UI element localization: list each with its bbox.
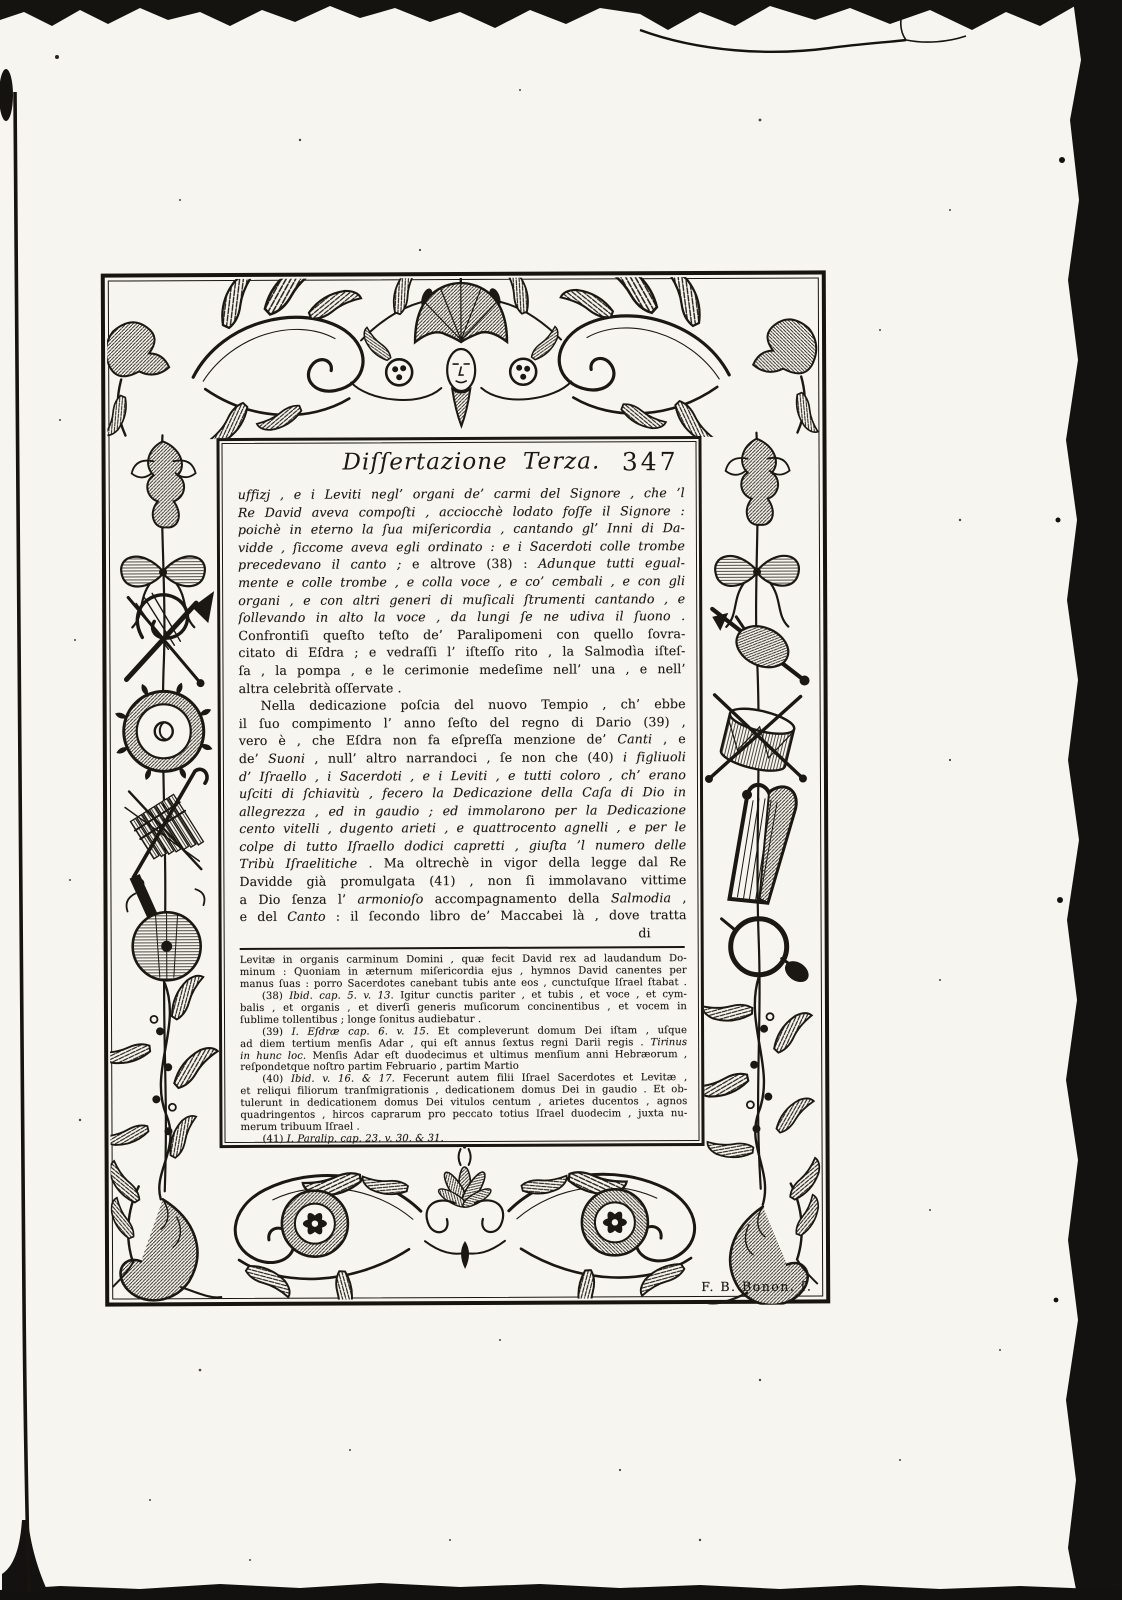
running-title: Diſſertazione Terza.	[342, 448, 600, 475]
text-panel: Diſſertazione Terza. 347 uffizj , e i Le…	[216, 436, 704, 1148]
drum-and-sticks	[719, 704, 797, 776]
scan-fold-line-left	[15, 92, 29, 1592]
scanned-book-page: { "colors": { "ink": "#1b1712", "paper":…	[0, 0, 1122, 1600]
foliate-finial	[741, 439, 778, 525]
body-text: uffizj , e i Leviti negl’ organi de’ car…	[238, 484, 687, 943]
ribbon-bow	[715, 556, 757, 586]
body-text-line: di	[240, 924, 687, 944]
body-text-line: d’ Iſraello , i Sacerdoti , e i Leviti ,…	[239, 766, 686, 786]
panpipes-and-crook	[125, 769, 208, 877]
body-text-line: uſciti di ſchiavitù , fecero la Dedicazi…	[239, 783, 686, 803]
body-text-line: colpe di tutto Iſraello dodici capretti …	[239, 836, 686, 856]
page-number: 347	[622, 447, 679, 476]
harp	[729, 785, 796, 903]
rosette-wreath	[282, 1191, 348, 1257]
body-text-line: Nella dedicazione poſcia del nuovo Tempi…	[239, 695, 686, 715]
body-text-line: Tribù Iſraelitiche . Ma oltrechè in vigo…	[239, 854, 686, 874]
scan-gutter-shadow-right	[1066, 0, 1122, 1600]
scan-bottom-edge	[0, 1583, 1122, 1600]
tambourine	[114, 682, 214, 782]
body-text-line: allegrezza , ed in gaudio ; ed immolaron…	[239, 801, 686, 821]
body-text-line: Re David aveva compoſti , acciocchè loda…	[238, 502, 685, 522]
body-text-line: organi , e con altri generi di muſicali …	[238, 590, 685, 610]
body-text-line: e del Canto : il ſecondo libro de’ Macca…	[240, 906, 687, 926]
fife-and-bagpipe	[712, 608, 809, 685]
headpiece-mask-ornament-icon	[107, 276, 821, 439]
footnote-line: (41) I. Paralip. cap. 23. v. 30. & 31.	[241, 1132, 688, 1146]
body-text-line: ſollevando in alto la voce , da lungi ſe…	[238, 607, 685, 627]
engraved-border-frame: F. B. Bonon. ſ. Diſſertazione Terza. 347…	[101, 270, 831, 1306]
body-text-line: Confrontiſi queſto teſto de’ Paralipomen…	[238, 625, 685, 645]
page-header: Diſſertazione Terza. 347	[238, 446, 685, 484]
footnote-line: balis , et organis , et diverſi generis …	[240, 1001, 687, 1015]
scan-torn-edge-top	[0, 0, 1122, 30]
body-text-line: Davidde già promulgata (41) , non ſi imm…	[239, 871, 686, 891]
body-text-line: altra celebrità oſſervate .	[239, 678, 686, 698]
body-text-line: a Dio ſenza l’ armonioſo accompagnamento…	[239, 889, 686, 909]
body-text-line: il ſuo compimento l’ anno ſeſto del regn…	[239, 713, 686, 733]
body-text-line: precedevano il canto ; e altrove (38) : …	[238, 554, 685, 574]
foliate-finial	[147, 441, 184, 527]
body-text-line: citato di Eſdra ; e vedraſſi l’ iſteſſo …	[238, 642, 685, 662]
footnote-line: quadringentos , hircos caprarum pro pecc…	[240, 1108, 687, 1122]
body-text-line: mente e colle trombe , e colla voce , e …	[238, 572, 685, 592]
scan-crack-line	[640, 30, 906, 52]
tailpiece-scroll-ornament-icon	[111, 1143, 825, 1300]
footnotes: Levitæ in organis carminum Domini , quæ …	[240, 953, 688, 1145]
hunting-horn	[722, 918, 813, 986]
central-palmette	[426, 1145, 503, 1269]
engraver-signature: F. B. Bonon. ſ.	[701, 1278, 812, 1293]
body-text-line: vero è , che Eſdra non fa eſpreſſa menzi…	[239, 730, 686, 750]
body-text-line: de’ Suoni , null’ altro narrandoci , ſe …	[239, 748, 686, 768]
footnote-separator-rule	[240, 946, 685, 950]
body-text-line: ſa , la pompa , e le cerimonie medeſime …	[238, 660, 685, 680]
body-text-line: poichè in eterno la ſua miſericordia , c…	[238, 519, 685, 539]
body-text-line: cento vitelli , dugento arieti , e quatt…	[239, 818, 686, 838]
body-text-line: vidde , ſiccome aveva egli ordinato : e …	[238, 537, 685, 557]
ribbon-bow	[121, 557, 163, 587]
body-text-line: uffizj , e i Leviti negl’ organi de’ car…	[238, 484, 685, 504]
horn-and-trumpet	[126, 591, 214, 687]
